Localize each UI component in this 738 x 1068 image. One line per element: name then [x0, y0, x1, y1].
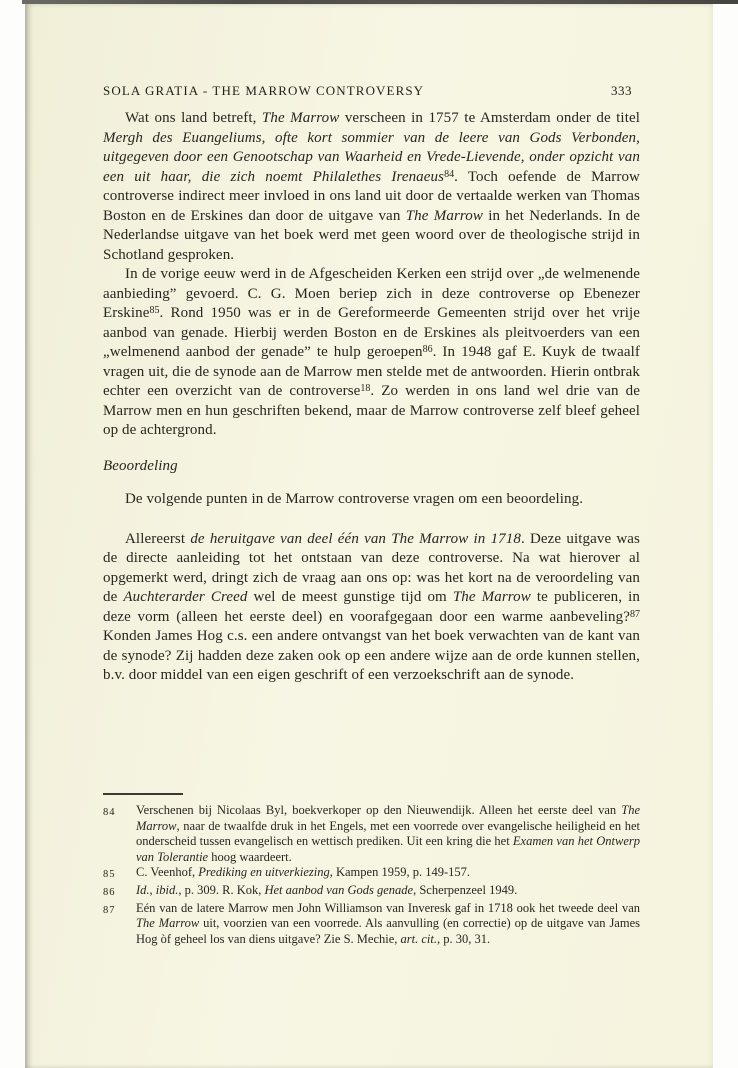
footnote-reference: 18 [360, 383, 370, 394]
text-segment: The Marrow [262, 110, 339, 126]
footnote: 86Id., ibid., p. 309. R. Kok, Het aanbod… [103, 883, 640, 901]
text-segment: Prediking en uitverkiezing [198, 865, 329, 879]
text-segment: The Marrow [406, 208, 483, 224]
footnote: 85C. Veenhof, Prediking en uitverkiezing… [103, 865, 640, 883]
paragraph: Allereerst de heruitgave van deel één va… [103, 530, 640, 686]
text-segment: C. Veenhof, [136, 865, 198, 879]
footnote-marker: 84 [103, 803, 136, 865]
footnote-reference: 86 [423, 344, 433, 355]
footnotes: 84Verschenen bij Nicolaas Byl, boekverko… [103, 803, 640, 947]
text-segment: hoog waardeert. [208, 850, 292, 864]
paragraph: De volgende punten in de Marrow controve… [103, 490, 640, 510]
text-segment: verscheen in 1757 te Amsterdam onder de … [339, 110, 640, 126]
text-segment: Het aanbod van Gods genade [264, 883, 413, 897]
footnote: 84Verschenen bij Nicolaas Byl, boekverko… [103, 803, 640, 865]
text-segment: , Kampen 1959, p. 149-157. [330, 865, 470, 879]
footnote-reference: 84 [444, 169, 454, 180]
text-segment: Eén van de latere Marrow men John Willia… [136, 901, 640, 915]
footnote-text: C. Veenhof, Prediking en uitverkiezing, … [136, 865, 640, 883]
book-page: SOLA GRATIA - THE MARROW CONTROVERSY 333… [25, 4, 713, 1068]
text-segment: The Marrow [453, 589, 531, 605]
footnote-text: Verschenen bij Nicolaas Byl, boekverkope… [136, 803, 640, 865]
body-text: Wat ons land betreft, The Marrow versche… [103, 109, 640, 686]
footnote-marker: 85 [103, 865, 136, 883]
text-segment: Konden James Hog c.s. een andere ontvang… [103, 628, 640, 683]
section-heading: Beoordeling [103, 457, 640, 477]
text-segment: Beoordeling [103, 458, 178, 474]
footnote-marker: 86 [103, 883, 136, 901]
footnote-marker: 87 [103, 901, 136, 948]
footnote-area: 84Verschenen bij Nicolaas Byl, boekverko… [103, 793, 640, 947]
text-segment: De volgende punten in de Marrow controve… [125, 491, 583, 507]
header-title: SOLA GRATIA - THE MARROW CONTROVERSY [103, 83, 424, 99]
text-segment: wel de meest gunstige tijd om [247, 589, 452, 605]
running-header: SOLA GRATIA - THE MARROW CONTROVERSY 333 [103, 83, 640, 99]
text-segment: , p. 30, 31. [437, 932, 490, 946]
scanned-book-page: SOLA GRATIA - THE MARROW CONTROVERSY 333… [0, 0, 738, 1068]
page-number: 333 [611, 83, 640, 99]
text-segment: uit, voorzien van een voorrede. Als aanv… [136, 916, 640, 946]
text-segment: Verschenen bij Nicolaas Byl, boekverkope… [136, 803, 621, 817]
footnote: 87Eén van de latere Marrow men John Will… [103, 901, 640, 948]
paragraph: Wat ons land betreft, The Marrow versche… [103, 109, 640, 265]
footnote-reference: 85 [150, 305, 160, 316]
footnote-text: Eén van de latere Marrow men John Willia… [136, 901, 640, 948]
text-segment: art. cit. [401, 932, 437, 946]
text-segment: The Marrow [136, 916, 199, 930]
paragraph: In de vorige eeuw werd in de Afgescheide… [103, 265, 640, 441]
text-segment: Wat ons land betreft, [125, 110, 262, 126]
text-segment: Auchterarder Creed [123, 589, 247, 605]
text-segment: Allereerst [125, 531, 190, 547]
footnote-text: Id., ibid., p. 309. R. Kok, Het aanbod v… [136, 883, 640, 901]
text-segment: , p. 309. R. Kok, [178, 883, 264, 897]
page-content: SOLA GRATIA - THE MARROW CONTROVERSY 333… [103, 4, 640, 686]
footnote-reference: 87 [630, 609, 640, 620]
text-segment: de heruitgave van deel één van The Marro… [190, 531, 521, 547]
footnote-separator [103, 793, 183, 795]
text-segment: Id., ibid. [136, 883, 178, 897]
text-segment: , Scherpenzeel 1949. [413, 883, 517, 897]
